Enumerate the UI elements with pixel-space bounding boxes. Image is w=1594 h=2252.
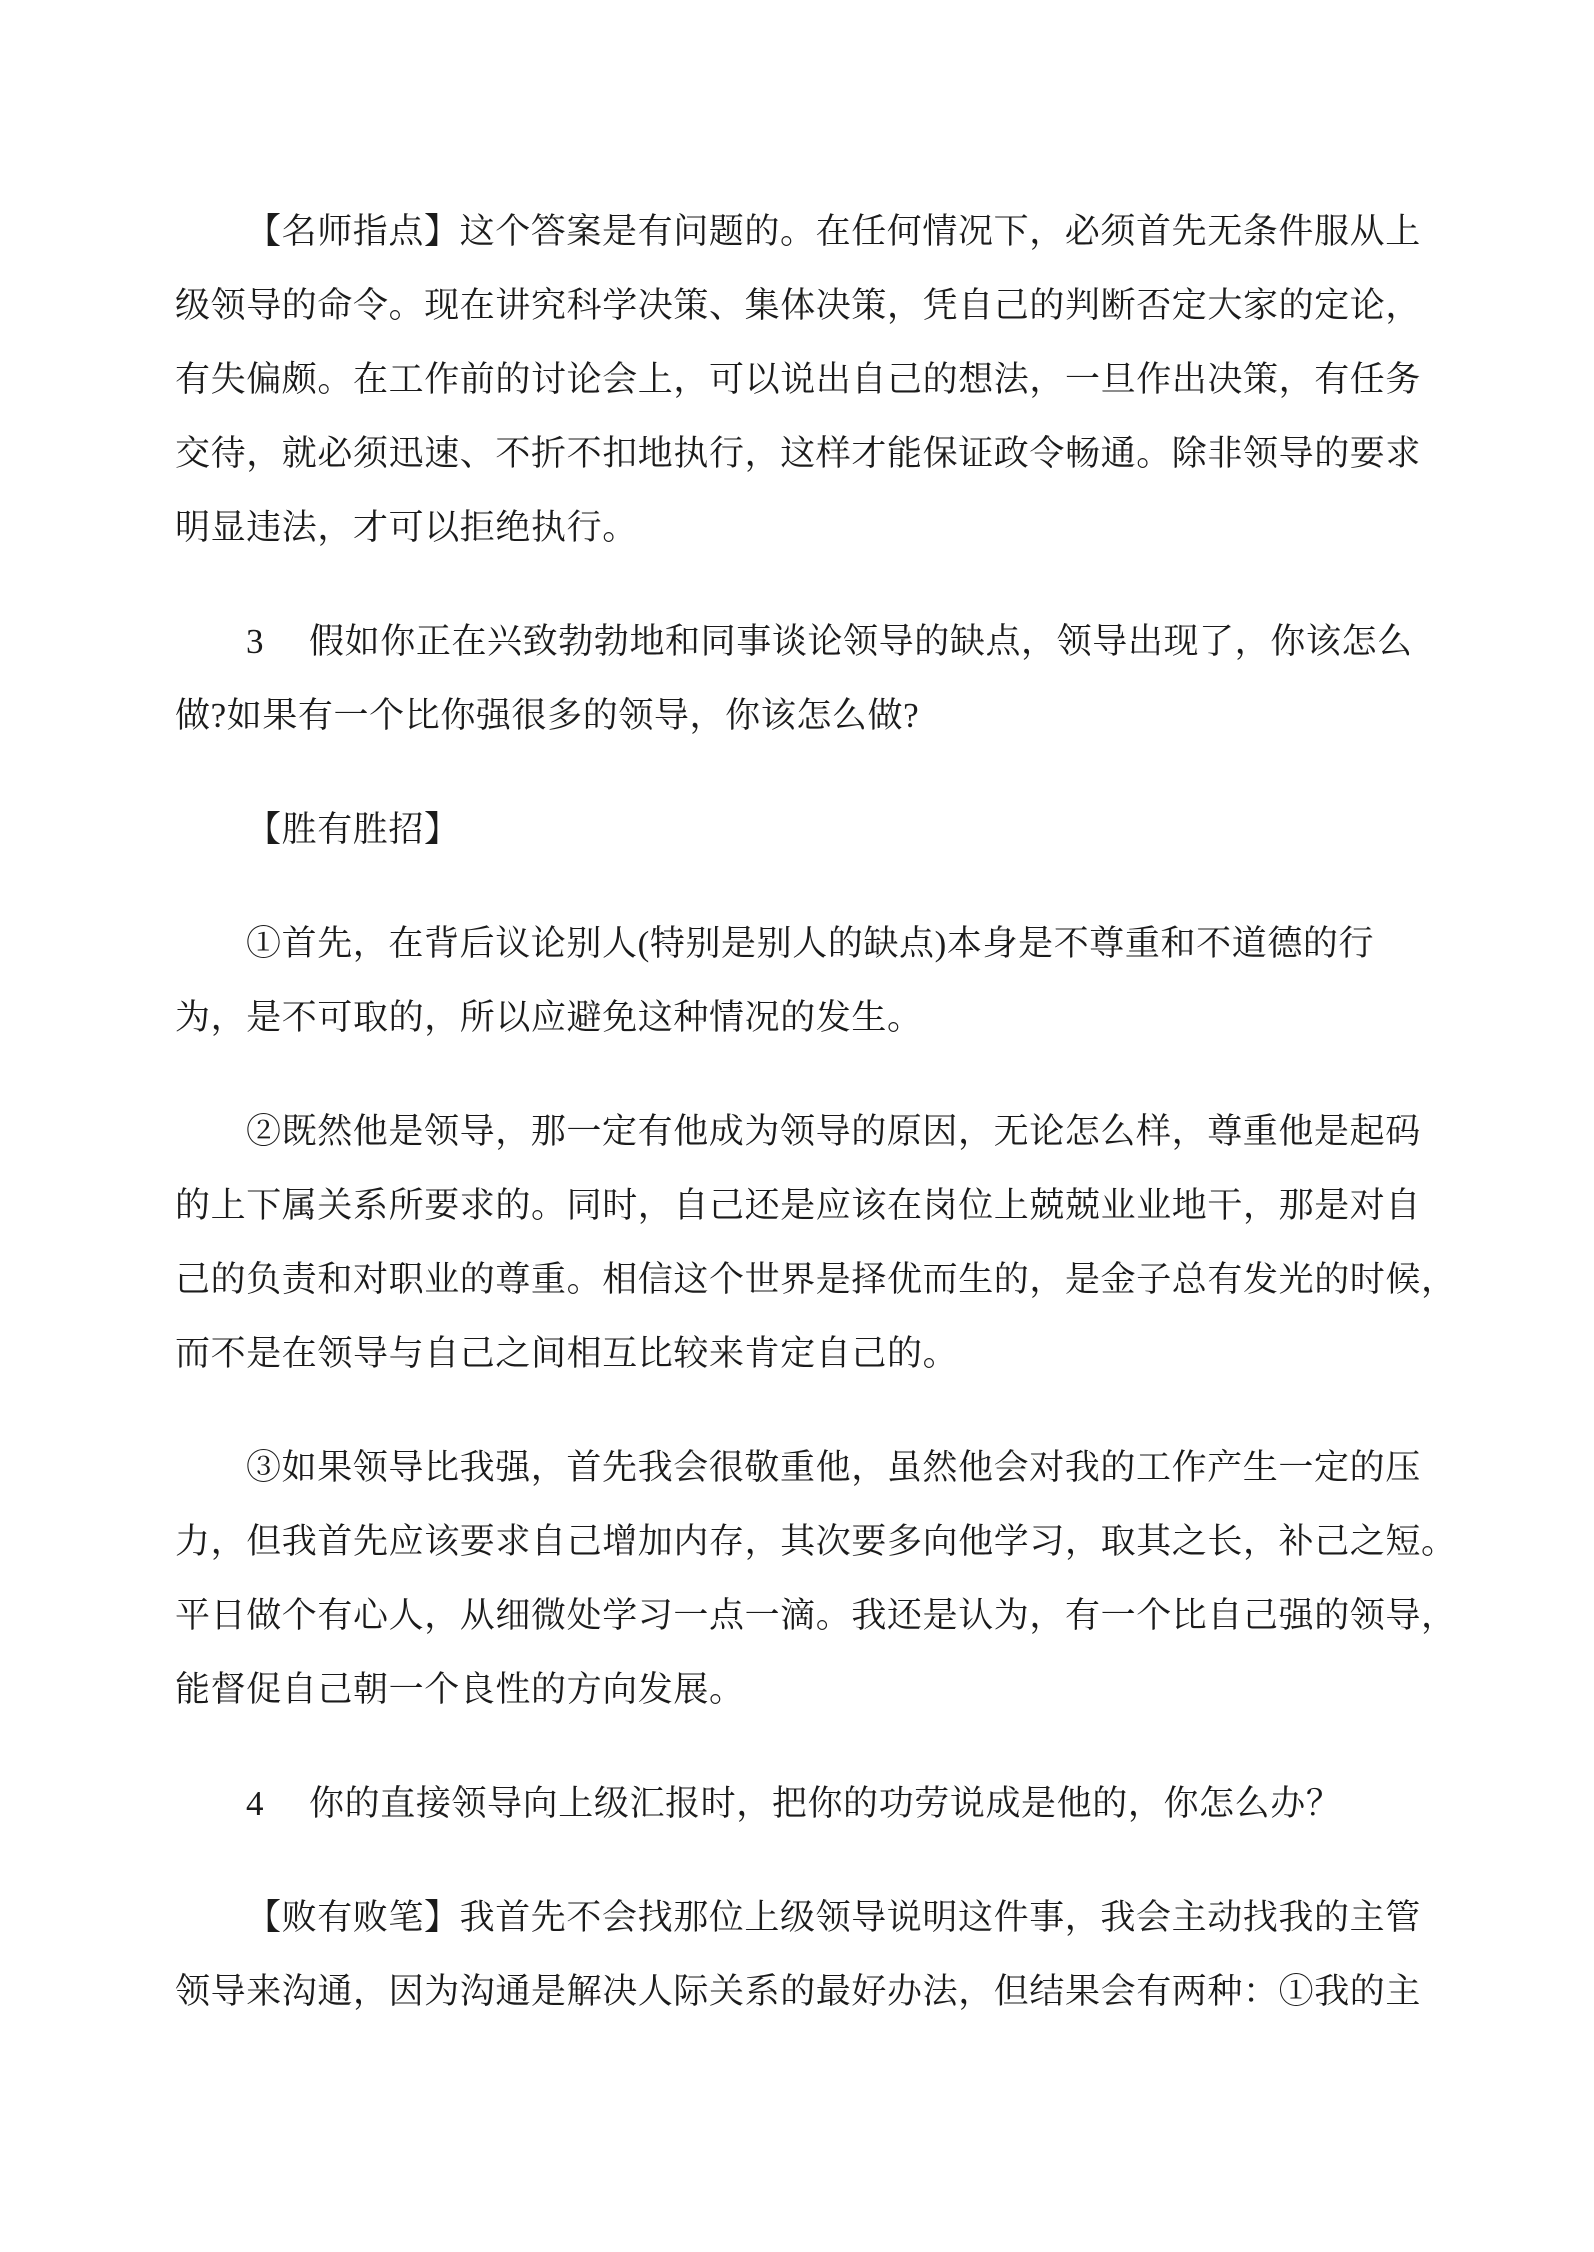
text-line: 【名师指点】这个答案是有问题的。在任何情况下，必须首先无条件服从上 [175,195,1444,269]
paragraph-winning-point-3: ③如果领导比我强，首先我会很敬重他，虽然他会对我的工作产生一定的压力，但我首先应… [175,1431,1444,1727]
paragraph-winning-answer-heading: 【胜有胜招】 [175,793,1444,867]
text-line: ①首先，在背后议论别人(特别是别人的缺点)本身是不尊重和不道德的行 [175,907,1444,981]
text-line: 级领导的命令。现在讲究科学决策、集体决策，凭自己的判断否定大家的定论， [175,269,1444,343]
paragraph-winning-point-2: ②既然他是领导，那一定有他成为领导的原因，无论怎么样，尊重他是起码的上下属关系所… [175,1095,1444,1391]
text-line: 为，是不可取的，所以应避免这种情况的发生。 [175,981,1444,1055]
text-line: 力，但我首先应该要求自己增加内存，其次要多向他学习，取其之长，补己之短。 [175,1505,1444,1579]
paragraph-question-4: 4 你的直接领导向上级汇报时，把你的功劳说成是他的，你怎么办？ [175,1767,1444,1841]
paragraph-teacher-comment: 【名师指点】这个答案是有问题的。在任何情况下，必须首先无条件服从上级领导的命令。… [175,195,1444,565]
text-line: 【胜有胜招】 [175,793,1444,867]
text-line: 交待，就必须迅速、不折不扣地执行，这样才能保证政令畅通。除非领导的要求 [175,417,1444,491]
paragraph-losing-answer: 【败有败笔】我首先不会找那位上级领导说明这件事，我会主动找我的主管领导来沟通，因… [175,1881,1444,2029]
text-line: ③如果领导比我强，首先我会很敬重他，虽然他会对我的工作产生一定的压 [175,1431,1444,1505]
text-line: 的上下属关系所要求的。同时，自己还是应该在岗位上兢兢业业地干，那是对自 [175,1169,1444,1243]
text-line: 能督促自己朝一个良性的方向发展。 [175,1653,1444,1727]
document-page: 【名师指点】这个答案是有问题的。在任何情况下，必须首先无条件服从上级领导的命令。… [0,0,1594,2252]
text-line: ②既然他是领导，那一定有他成为领导的原因，无论怎么样，尊重他是起码 [175,1095,1444,1169]
text-line: 有失偏颇。在工作前的讨论会上，可以说出自己的想法，一旦作出决策，有任务 [175,343,1444,417]
text-line: 4 你的直接领导向上级汇报时，把你的功劳说成是他的，你怎么办？ [175,1767,1444,1841]
text-line: 做?如果有一个比你强很多的领导，你该怎么做? [175,679,1444,753]
text-line: 【败有败笔】我首先不会找那位上级领导说明这件事，我会主动找我的主管 [175,1881,1444,1955]
paragraph-question-3: 3 假如你正在兴致勃勃地和同事谈论领导的缺点，领导出现了，你该怎么做?如果有一个… [175,605,1444,753]
text-line: 明显违法，才可以拒绝执行。 [175,491,1444,565]
text-line: 己的负责和对职业的尊重。相信这个世界是择优而生的，是金子总有发光的时候， [175,1243,1444,1317]
text-line: 而不是在领导与自己之间相互比较来肯定自己的。 [175,1317,1444,1391]
text-line: 平日做个有心人，从细微处学习一点一滴。我还是认为，有一个比自己强的领导， [175,1579,1444,1653]
text-line: 3 假如你正在兴致勃勃地和同事谈论领导的缺点，领导出现了，你该怎么 [175,605,1444,679]
text-line: 领导来沟通，因为沟通是解决人际关系的最好办法，但结果会有两种：①我的主 [175,1955,1444,2029]
paragraph-winning-point-1: ①首先，在背后议论别人(特别是别人的缺点)本身是不尊重和不道德的行为，是不可取的… [175,907,1444,1055]
